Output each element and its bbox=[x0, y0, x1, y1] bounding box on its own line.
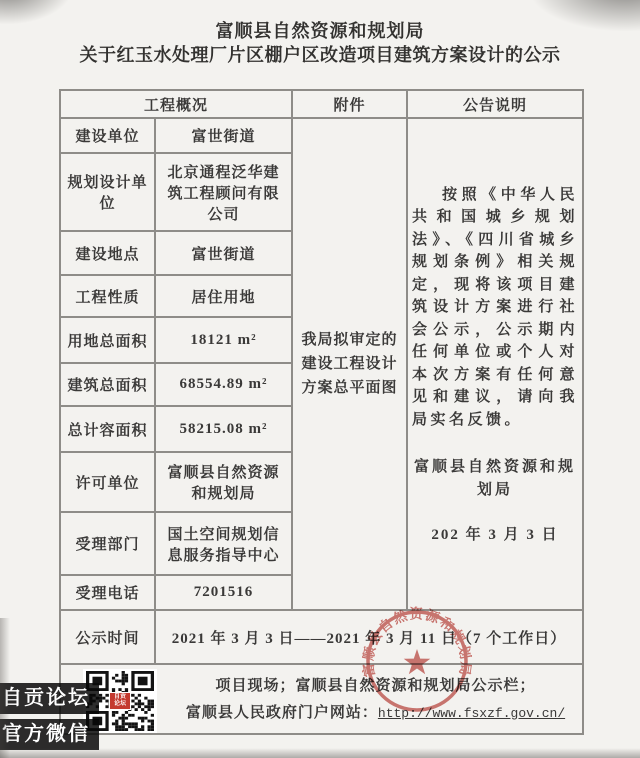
table-row-value: 7201516 bbox=[155, 575, 292, 610]
notice-body: 按照《中华人民共和国城乡规划法》、《四川省城乡规划条例》相关规定，现将该项目建筑… bbox=[412, 184, 578, 432]
notice-cell: 按照《中华人民共和国城乡规划法》、《四川省城乡规划条例》相关规定，现将该项目建筑… bbox=[407, 118, 583, 610]
table-row-label: 总计容面积 bbox=[60, 406, 155, 452]
publicity-label: 公示时间 bbox=[60, 610, 155, 664]
table-row: 建设单位 富世街道 我局拟审定的建设工程设计方案总平面图 按照《中华人民共和国城… bbox=[60, 118, 583, 153]
watermark-line-1: 自贡论坛 bbox=[0, 683, 99, 714]
table-row-value: 18121 m² bbox=[155, 317, 292, 363]
publicity-row: 公示时间 2021 年 3 月 3 日——2021 年 3 月 11 日（7 个… bbox=[60, 610, 583, 664]
table-row-value: 富顺县自然资源和规划局 bbox=[155, 452, 292, 512]
publicity-value: 2021 年 3 月 3 日——2021 年 3 月 11 日（7 个工作日） bbox=[155, 610, 583, 664]
notice-table: 工程概况 附件 公告说明 建设单位 富世街道 我局拟审定的建设工程设计方案总平面… bbox=[59, 89, 584, 735]
qr-center-logo: 自贡论坛 bbox=[109, 692, 131, 710]
footer-text: 项目现场；富顺县自然资源和规划局公示栏； 富顺县人民政府门户网站：http://… bbox=[173, 672, 578, 727]
footer-cell: 自贡论坛 项目现场；富顺县自然资源和规划局公示栏； 富顺县人民政府门户网站：ht… bbox=[60, 664, 583, 734]
notice-signature: 富顺县自然资源和规划局 bbox=[412, 455, 578, 501]
table-row-label: 许可单位 bbox=[60, 452, 155, 512]
gov-website-link[interactable]: http://www.fsxzf.gov.cn/ bbox=[378, 706, 565, 721]
document-title: 富顺县自然资源和规划局 关于红玉水处理厂片区棚户区改造项目建筑方案设计的公示 bbox=[0, 20, 640, 68]
table-row-value: 国土空间规划信息服务指导中心 bbox=[155, 512, 292, 575]
header-attachment: 附件 bbox=[292, 90, 407, 118]
header-notice: 公告说明 bbox=[407, 90, 583, 118]
table-row-value: 富世街道 bbox=[155, 231, 292, 275]
table-row-label: 受理部门 bbox=[60, 512, 155, 575]
table-row-label: 建设单位 bbox=[60, 118, 155, 153]
header-overview: 工程概况 bbox=[60, 90, 292, 118]
table-row-label: 工程性质 bbox=[60, 275, 155, 317]
table-row-label: 用地总面积 bbox=[60, 317, 155, 363]
table-header-row: 工程概况 附件 公告说明 bbox=[60, 90, 583, 118]
attachment-cell: 我局拟审定的建设工程设计方案总平面图 bbox=[292, 118, 407, 610]
table-row-label: 建筑总面积 bbox=[60, 363, 155, 406]
table-row-value: 富世街道 bbox=[155, 118, 292, 153]
table-row-value: 居住用地 bbox=[155, 275, 292, 317]
table-row-label: 规划设计单位 bbox=[60, 153, 155, 231]
table-row-label: 受理电话 bbox=[60, 575, 155, 610]
footer-row: 自贡论坛 项目现场；富顺县自然资源和规划局公示栏； 富顺县人民政府门户网站：ht… bbox=[60, 664, 583, 734]
watermark-line-2: 官方微信 bbox=[0, 719, 99, 750]
table-row-value: 58215.08 m² bbox=[155, 406, 292, 452]
table-row-value: 北京通程泛华建筑工程顾问有限公司 bbox=[155, 153, 292, 231]
footer-line-2-prefix: 富顺县人民政府门户网站： bbox=[186, 704, 378, 721]
table-row-value: 68554.89 m² bbox=[155, 363, 292, 406]
footer-line-2: 富顺县人民政府门户网站：http://www.fsxzf.gov.cn/ bbox=[173, 699, 578, 727]
footer-line-1: 项目现场；富顺县自然资源和规划局公示栏； bbox=[173, 672, 578, 699]
title-line-2: 关于红玉水处理厂片区棚户区改造项目建筑方案设计的公示 bbox=[0, 43, 640, 68]
notice-date: 202 年 3 月 3 日 bbox=[412, 523, 578, 544]
table-row-label: 建设地点 bbox=[60, 231, 155, 275]
title-line-1: 富顺县自然资源和规划局 bbox=[0, 20, 640, 43]
